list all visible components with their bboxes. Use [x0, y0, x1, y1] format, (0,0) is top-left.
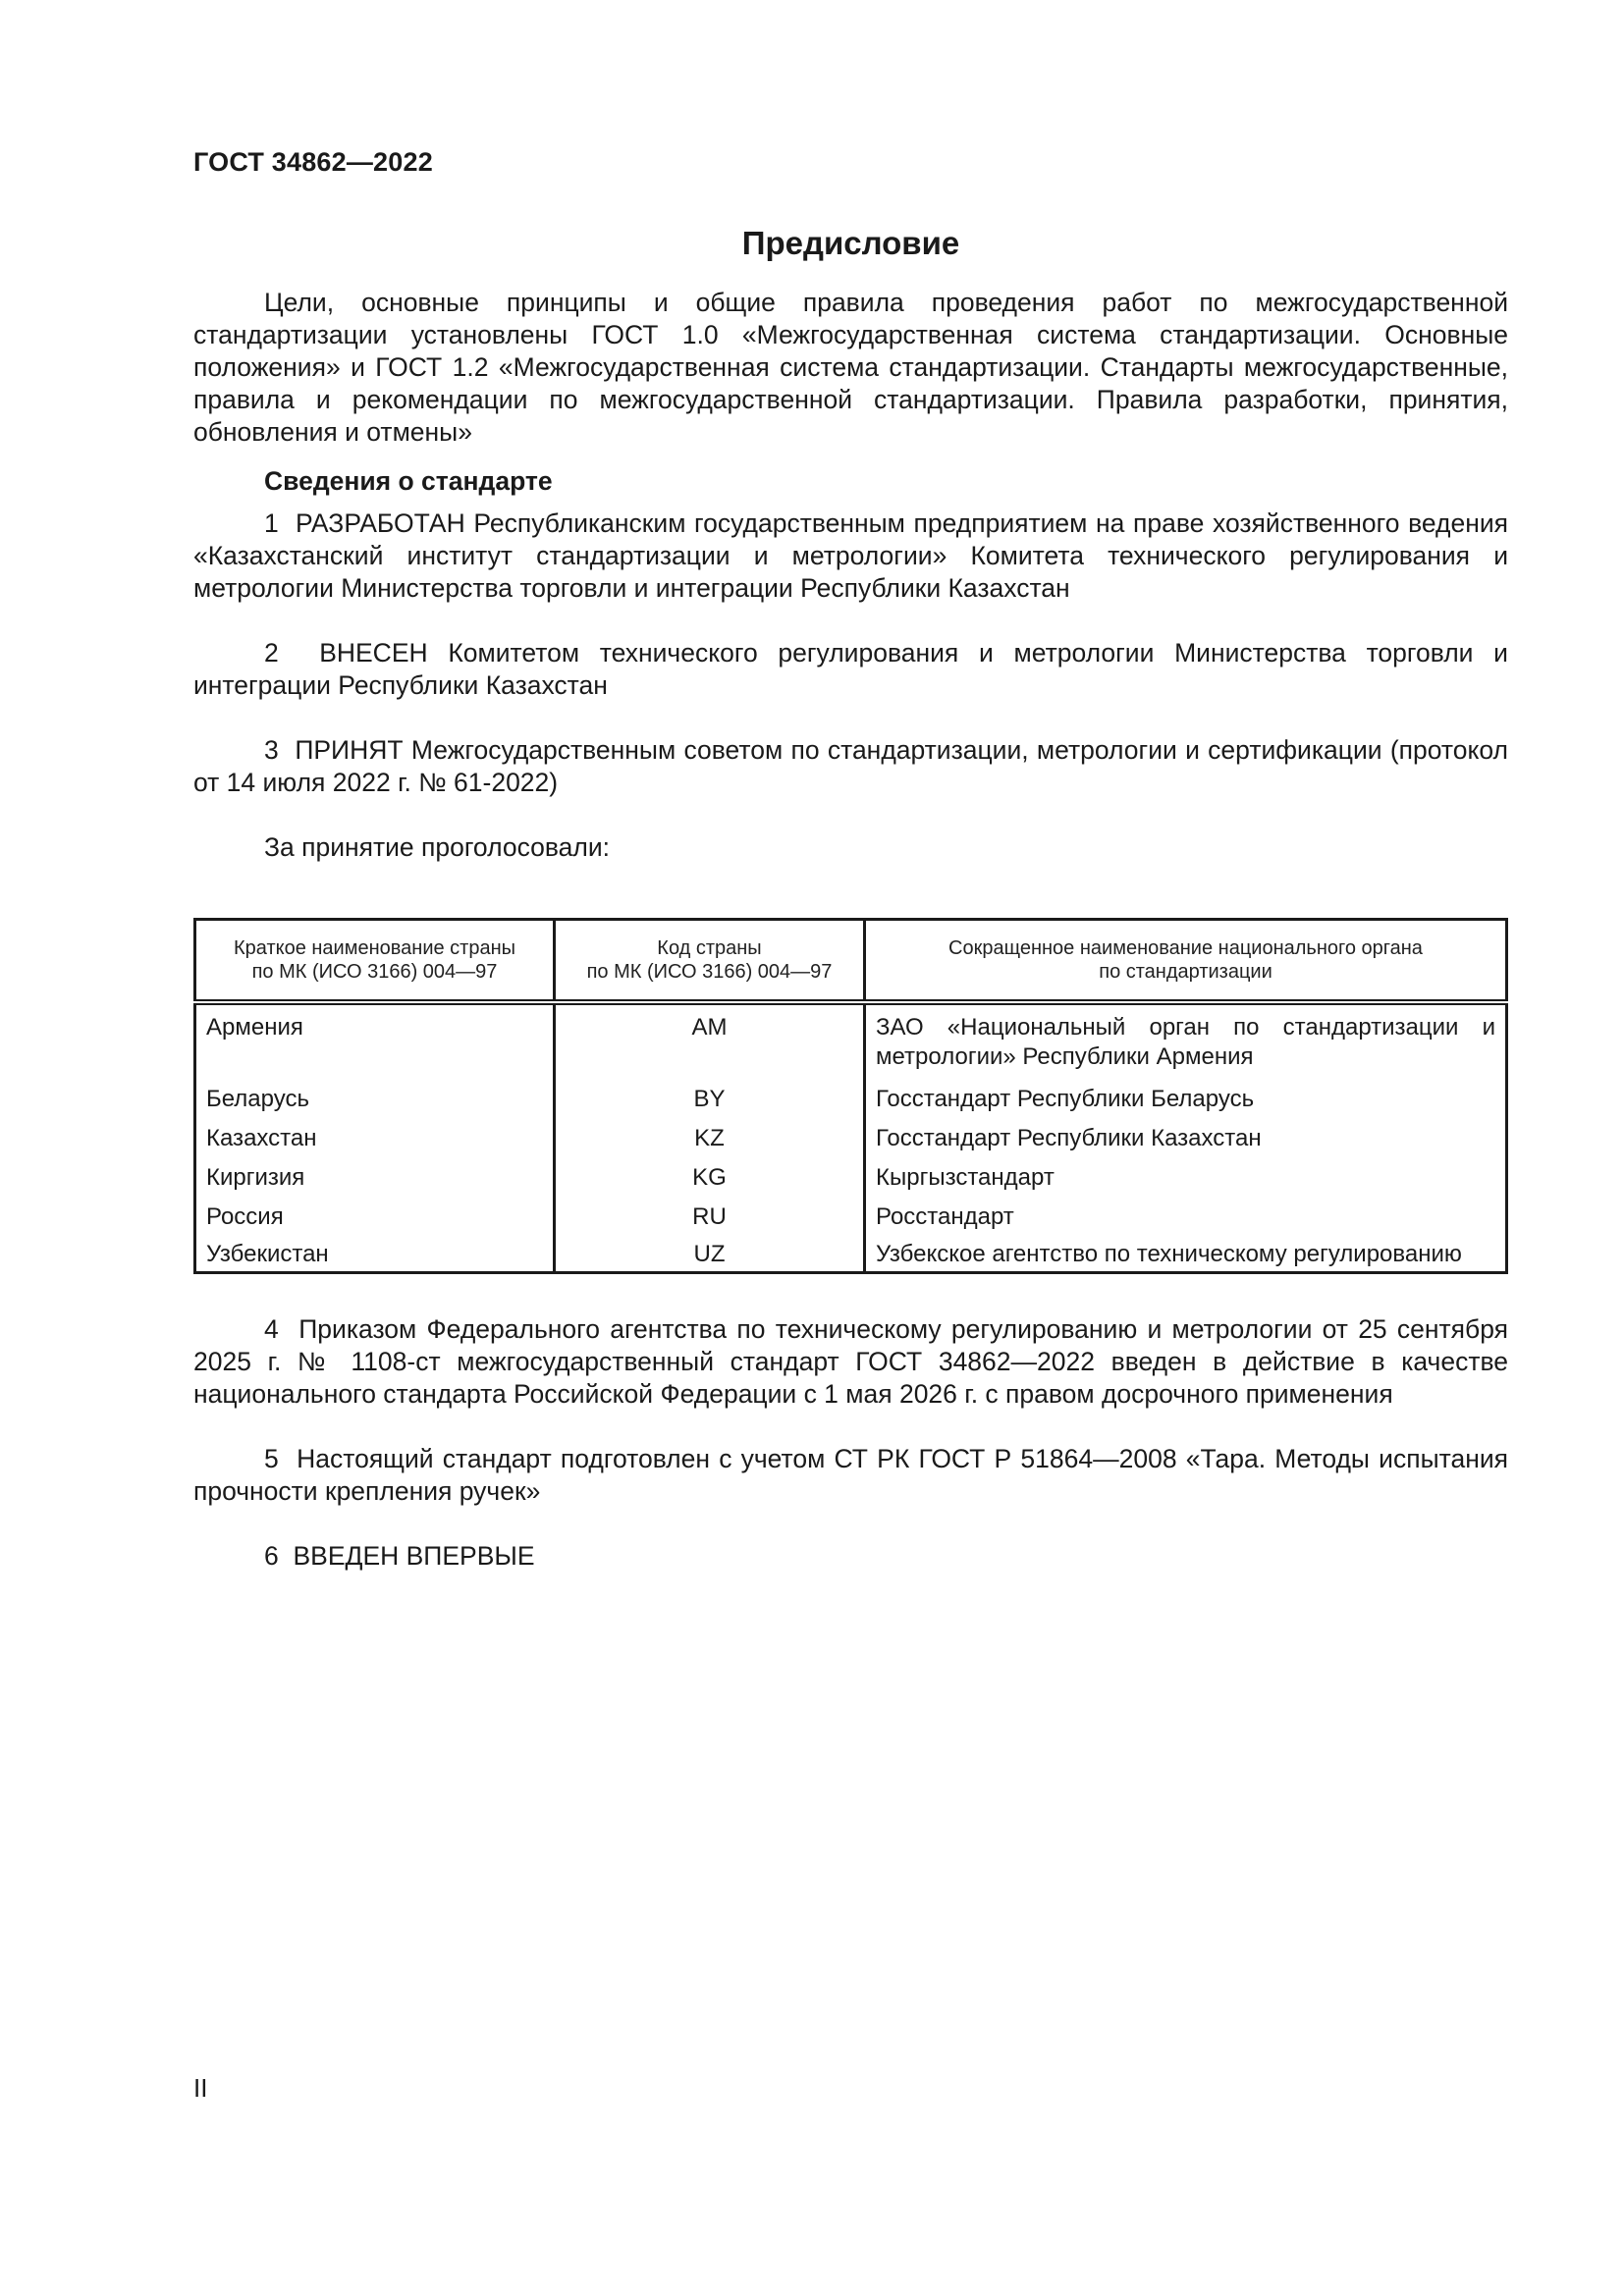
page-number: II — [193, 2073, 207, 2104]
cell-code: KZ — [555, 1119, 865, 1158]
item-number: 4 — [264, 1314, 279, 1344]
cell-country: Беларусь — [195, 1080, 555, 1119]
cell-org: Госстандарт Республики Беларусь — [865, 1080, 1507, 1119]
table-row: Узбекистан UZ Узбекское агентство по тех… — [195, 1237, 1507, 1273]
header-country-code: Код страныпо МК (ИСО 3166) 004—97 — [555, 920, 865, 1003]
header-line: по МК (ИСО 3166) 004—97 — [587, 961, 833, 983]
cell-org: Кыргызстандарт — [865, 1158, 1507, 1198]
header-line: Сокращенное наименование национального о… — [948, 937, 1423, 959]
item-number: 6 — [264, 1541, 279, 1571]
cell-country: Россия — [195, 1198, 555, 1237]
item-number: 5 — [264, 1444, 279, 1473]
header-line: по МК (ИСО 3166) 004—97 — [252, 961, 498, 983]
cell-code: AM — [555, 1002, 865, 1080]
cell-org: ЗАО «Национальный орган по стандартизаци… — [865, 1002, 1507, 1080]
cell-country: Армения — [195, 1002, 555, 1080]
document-code-header: ГОСТ 34862—2022 — [193, 147, 433, 178]
table-row: Киргизия KG Кыргызстандарт — [195, 1158, 1507, 1198]
item-text: РАЗРАБОТАН Республиканским государственн… — [193, 508, 1508, 603]
voted-label: За принятие проголосовали: — [193, 831, 1508, 864]
item-6-paragraph: 6 ВВЕДЕН ВПЕРВЫЕ — [193, 1540, 1508, 1573]
foreword-body-lower: 4 Приказом Федерального агентства по тех… — [193, 1313, 1508, 1573]
cell-country: Узбекистан — [195, 1237, 555, 1273]
foreword-body-upper: Цели, основные принципы и общие правила … — [193, 287, 1508, 864]
item-text: Настоящий стандарт подготовлен с учетом … — [193, 1444, 1508, 1506]
item-text: ПРИНЯТ Межгосударственным советом по ста… — [193, 735, 1508, 797]
item-text: Приказом Федерального агентства по техни… — [193, 1314, 1508, 1409]
header-line: по стандартизации — [1099, 961, 1272, 983]
header-line: Код страны — [657, 937, 761, 959]
item-3-paragraph: 3 ПРИНЯТ Межгосударственным советом по с… — [193, 734, 1508, 799]
item-number: 1 — [264, 508, 279, 538]
item-5-paragraph: 5 Настоящий стандарт подготовлен с учето… — [193, 1443, 1508, 1508]
cell-org: Росстандарт — [865, 1198, 1507, 1237]
header-line: Краткое наименование страны — [234, 937, 515, 959]
item-1-paragraph: 1 РАЗРАБОТАН Республиканским государстве… — [193, 507, 1508, 605]
page-title: Предисловие — [193, 225, 1508, 262]
cell-country: Казахстан — [195, 1119, 555, 1158]
cell-code: KG — [555, 1158, 865, 1198]
item-text: ВНЕСЕН Комитетом технического регулирова… — [193, 638, 1508, 700]
intro-paragraph: Цели, основные принципы и общие правила … — [193, 287, 1508, 449]
table-row: Армения AM ЗАО «Национальный орган по ст… — [195, 1002, 1507, 1080]
voting-table-container: Краткое наименование страныпо МК (ИСО 31… — [193, 918, 1508, 1274]
cell-code: UZ — [555, 1237, 865, 1273]
cell-org: Госстандарт Республики Казахстан — [865, 1119, 1507, 1158]
table-row: Беларусь BY Госстандарт Республики Белар… — [195, 1080, 1507, 1119]
table-row: Россия RU Росстандарт — [195, 1198, 1507, 1237]
item-number: 3 — [264, 735, 279, 765]
table-header-row: Краткое наименование страныпо МК (ИСО 31… — [195, 920, 1507, 1003]
cell-org: Узбекское агентство по техническому регу… — [865, 1237, 1507, 1273]
item-2-paragraph: 2 ВНЕСЕН Комитетом технического регулиро… — [193, 637, 1508, 702]
header-national-body: Сокращенное наименование национального о… — [865, 920, 1507, 1003]
cell-code: BY — [555, 1080, 865, 1119]
cell-country: Киргизия — [195, 1158, 555, 1198]
section-heading-standard-info: Сведения о стандарте — [264, 449, 1508, 507]
header-country-name: Краткое наименование страныпо МК (ИСО 31… — [195, 920, 555, 1003]
item-text: ВВЕДЕН ВПЕРВЫЕ — [293, 1541, 534, 1571]
table-row: Казахстан KZ Госстандарт Республики Каза… — [195, 1119, 1507, 1158]
item-number: 2 — [264, 638, 279, 667]
item-4-paragraph: 4 Приказом Федерального агентства по тех… — [193, 1313, 1508, 1411]
voting-countries-table: Краткое наименование страныпо МК (ИСО 31… — [193, 918, 1508, 1274]
cell-code: RU — [555, 1198, 865, 1237]
